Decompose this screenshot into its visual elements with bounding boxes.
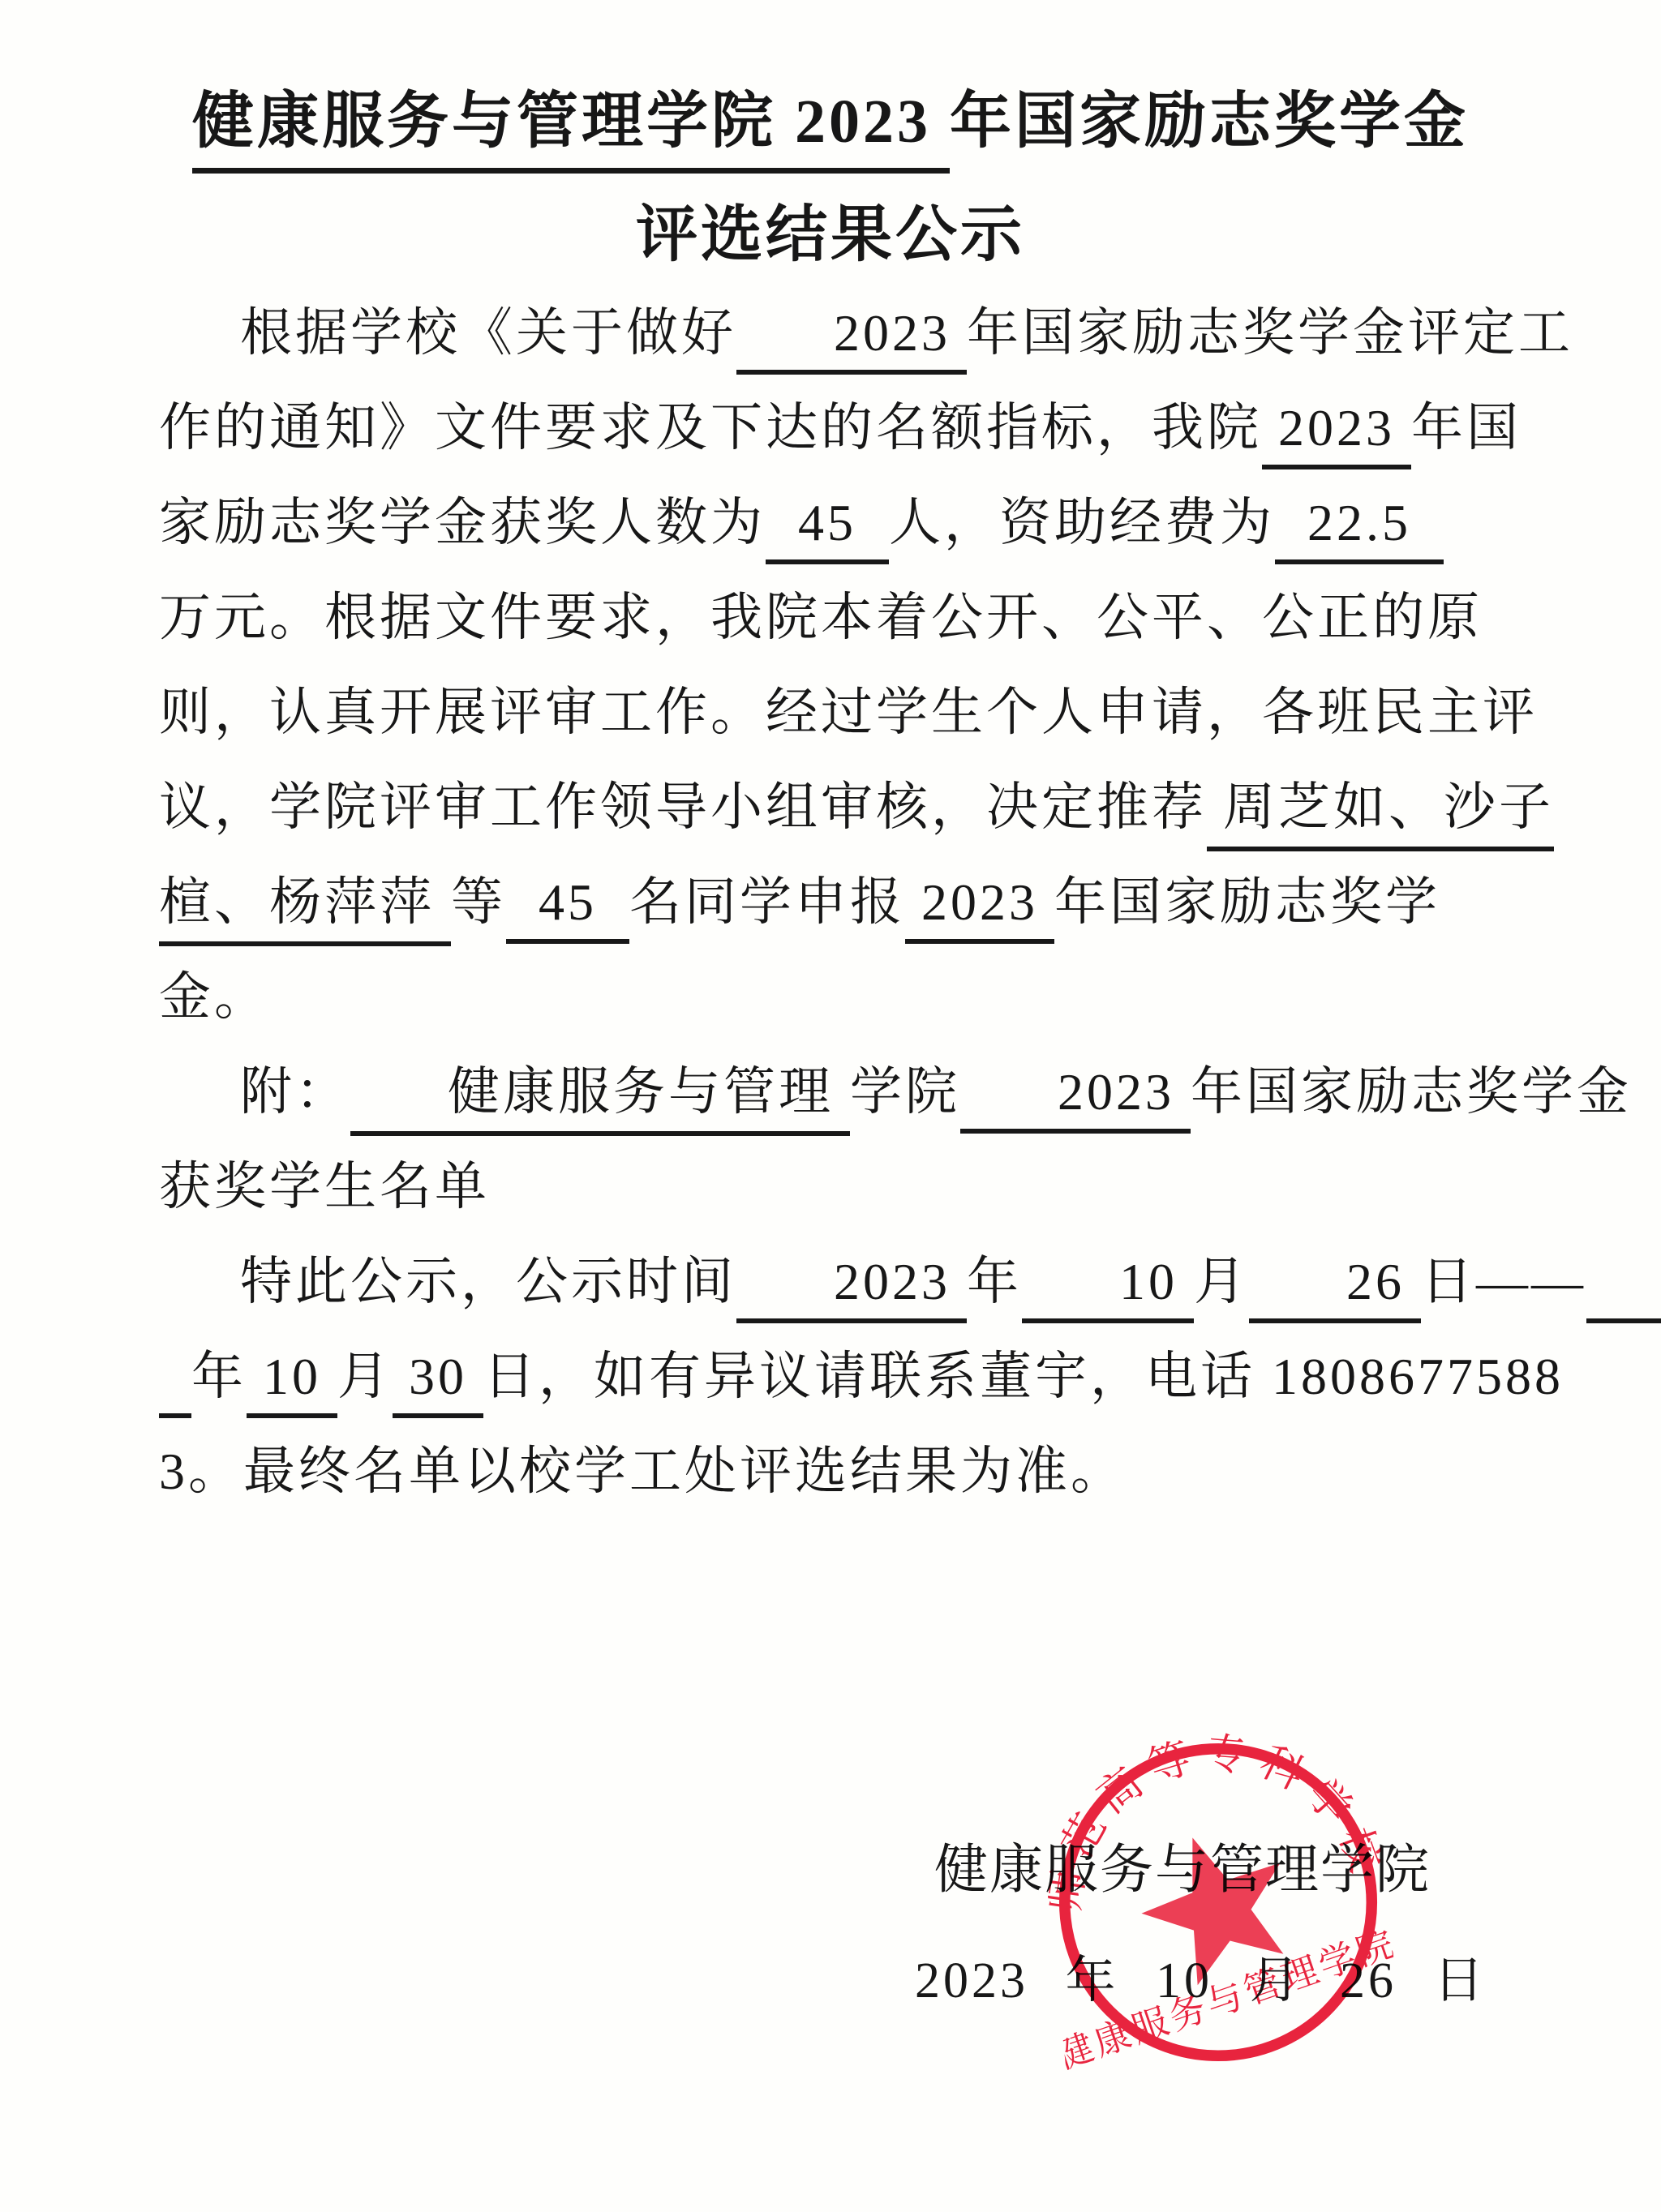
text-run: 年 (967, 1253, 1022, 1310)
underlined-fill: 2023 (960, 1062, 1191, 1134)
underlined-fill: 22.5 (1275, 493, 1444, 564)
underlined-fill: 26 (1249, 1252, 1421, 1323)
body-line: 则，认真开展评审工作。经过学生个人申请，各班民主评 (159, 665, 1538, 760)
text-run: 则，认真开展评审工作。经过学生个人申请，各班民主评 (159, 684, 1538, 741)
body-line: 年 10 月 30 日，如有异议请联系董宇，电话 1808677588 (159, 1329, 1538, 1424)
text-run: 作的通知》文件要求及下达的名额指标，我院 (159, 399, 1262, 457)
text-run: 金。 (159, 968, 269, 1026)
text-run: 年 (191, 1348, 247, 1405)
text-run: 获奖学生名单 (159, 1158, 490, 1215)
underlined-fill: 2023 (1262, 398, 1411, 469)
text-run: 年国 (1411, 399, 1522, 457)
text-run: 日—— (1421, 1253, 1586, 1310)
text-run: 附： (240, 1063, 350, 1121)
document-page: 健康服务与管理学院 2023 年国家励志奖学金 评选结果公示 根据学校《关于做好… (0, 0, 1661, 2212)
body-line: 3。最终名单以校学工处评选结果为准。 (159, 1424, 1538, 1519)
underlined-fill: 2023 (736, 303, 967, 375)
body-line: 作的通知》文件要求及下达的名额指标，我院 2023 年国 (159, 380, 1538, 475)
body-line: 特此公示，公示时间 2023 年 10 月 26 日—— 2023 (159, 1234, 1538, 1329)
text-run: 等 (451, 873, 506, 931)
underlined-fill: 30 (393, 1347, 483, 1418)
text-run: 家励志奖学金获奖人数为 (159, 494, 766, 551)
text-run: 年国家励志奖学金评定工 (967, 304, 1573, 362)
underlined-fill (159, 1347, 191, 1418)
underlined-fill: 健康服务与管理学院 2023 (192, 71, 950, 174)
document-body: 根据学校《关于做好 2023 年国家励志奖学金评定工作的通知》文件要求及下达的名… (159, 285, 1538, 1519)
text-run: 评选结果公示 (636, 201, 1025, 269)
official-stamp-seal: 师范高等专科学校 健康服务与管理学院 (1032, 1717, 1403, 2087)
underlined-fill: 2023 (1586, 1252, 1661, 1323)
text-run: 年国家励志奖学金 (950, 88, 1469, 156)
body-line: 附： 健康服务与管理 学院 2023 年国家励志奖学金 (159, 1044, 1538, 1139)
underlined-fill: 10 (247, 1347, 337, 1418)
underlined-fill: 45 (506, 872, 629, 944)
text-run: 万元。根据文件要求，我院本着公开、公平、公正的原 (159, 589, 1483, 646)
text-run: 特此公示，公示时间 (240, 1253, 736, 1310)
body-line: 获奖学生名单 (159, 1139, 1538, 1234)
body-line: 家励志奖学金获奖人数为 45 人，资助经费为 22.5 (159, 475, 1538, 570)
text-run: 月 (337, 1348, 393, 1405)
text-run: 学院 (850, 1063, 960, 1121)
text-run: 人，资助经费为 (889, 494, 1275, 551)
underlined-fill: 健康服务与管理 (350, 1050, 850, 1136)
underlined-fill: 45 (766, 493, 889, 564)
title-line-1: 健康服务与管理学院 2023 年国家励志奖学金 (0, 71, 1661, 169)
text-run: 根据学校《关于做好 (240, 304, 736, 362)
body-line: 议，学院评审工作领导小组审核，决定推荐 周芝如、沙子 (159, 760, 1538, 855)
underlined-fill: 周芝如、沙子 (1207, 765, 1554, 851)
underlined-fill: 10 (1022, 1252, 1194, 1323)
text-run: 日，如有异议请联系董宇，电话 1808677588 (483, 1348, 1564, 1405)
text-run: 年国家励志奖学 (1054, 873, 1440, 931)
text-run: 月 (1194, 1253, 1249, 1310)
text-run: 名同学申报 (629, 873, 905, 931)
title-line-2: 评选结果公示 (0, 187, 1661, 283)
text-run: 3。最终名单以校学工处评选结果为准。 (159, 1443, 1126, 1500)
underlined-fill: 2023 (736, 1252, 967, 1323)
underlined-fill: 2023 (905, 872, 1054, 944)
body-line: 万元。根据文件要求，我院本着公开、公平、公正的原 (159, 570, 1538, 665)
body-line: 根据学校《关于做好 2023 年国家励志奖学金评定工 (159, 285, 1538, 380)
text-run: 年国家励志奖学金 (1191, 1063, 1632, 1121)
text-run: 议，学院评审工作领导小组审核，决定推荐 (159, 778, 1207, 836)
document-title: 健康服务与管理学院 2023 年国家励志奖学金 评选结果公示 (0, 71, 1661, 283)
body-line: 楦、杨萍萍 等 45 名同学申报 2023 年国家励志奖学 (159, 855, 1538, 950)
underlined-fill: 楦、杨萍萍 (159, 860, 451, 946)
body-line: 金。 (159, 950, 1538, 1044)
